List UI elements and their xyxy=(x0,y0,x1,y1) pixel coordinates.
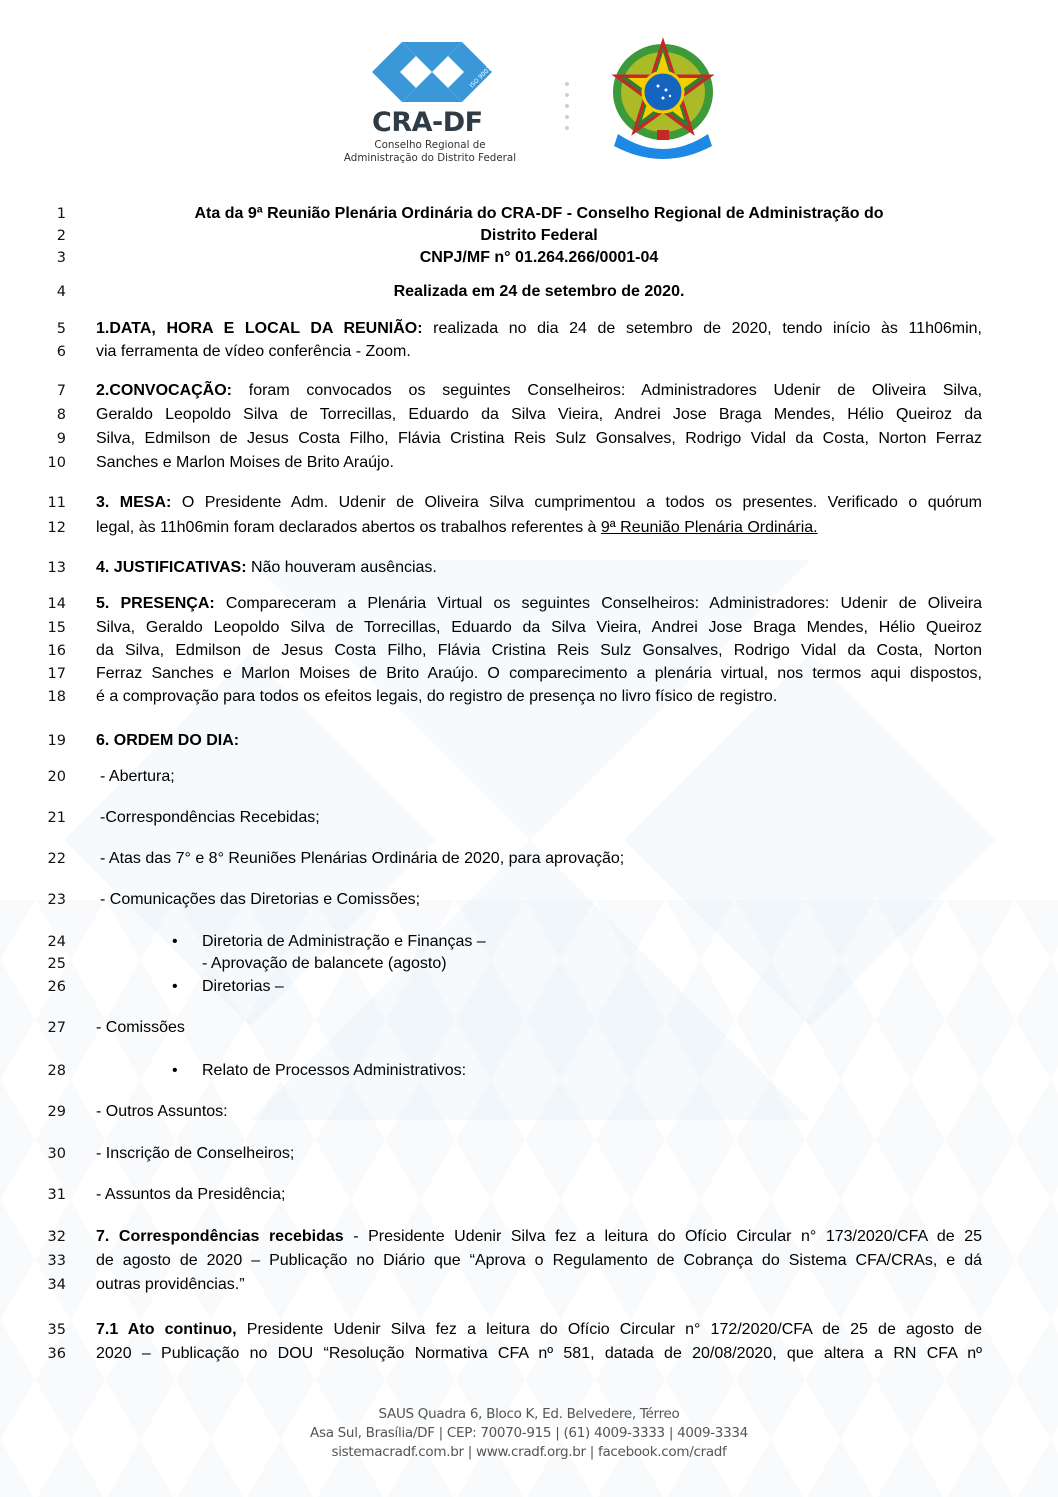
footer-address: SAUS Quadra 6, Bloco K, Ed. Belvedere, T… xyxy=(0,1405,1058,1462)
document-title: Ata da 9ª Reunião Plenária Ordinária do … xyxy=(96,204,982,224)
document-title-cont: Distrito Federal xyxy=(96,226,982,246)
section-heading: 2.CONVOCAÇÃO: xyxy=(96,382,232,399)
section-heading: 3. MESA: xyxy=(96,494,171,511)
cnpj: CNPJ/MF n° 01.264.266/0001-04 xyxy=(96,248,982,268)
footer-links: sistemacradf.com.br | www.cradf.org.br |… xyxy=(0,1443,1058,1462)
section-heading: 1.DATA, HORA E LOCAL DA REUNIÃO: xyxy=(96,320,423,337)
bullet-icon: • xyxy=(172,1061,178,1081)
meeting-date: Realizada em 24 de setembro de 2020. xyxy=(96,282,982,302)
letterhead: ISO 9001 CRA-DF Conselho Regional de Adm… xyxy=(0,0,1058,180)
section-heading: 6. ORDEM DO DIA: xyxy=(96,732,239,749)
logo-title: CRA-DF xyxy=(372,107,502,138)
separator-dots xyxy=(565,82,571,137)
brazil-coat-of-arms-icon xyxy=(608,34,718,166)
section-heading: 7.1 Ato continuo, xyxy=(96,1321,237,1338)
logo-subtitle: Conselho Regional de Administração do Di… xyxy=(340,139,520,165)
bullet-icon: • xyxy=(172,977,178,997)
section-heading: 5. PRESENÇA: xyxy=(96,595,215,612)
section-heading: 4. JUSTIFICATIVAS: xyxy=(96,559,247,576)
bullet-icon: • xyxy=(172,932,178,952)
meeting-reference: 9ª Reunião Plenária Ordinária. xyxy=(601,519,818,536)
cra-df-logo-icon: ISO 9001 xyxy=(372,36,492,108)
section-heading: 7. Correspondências recebidas xyxy=(96,1228,344,1245)
